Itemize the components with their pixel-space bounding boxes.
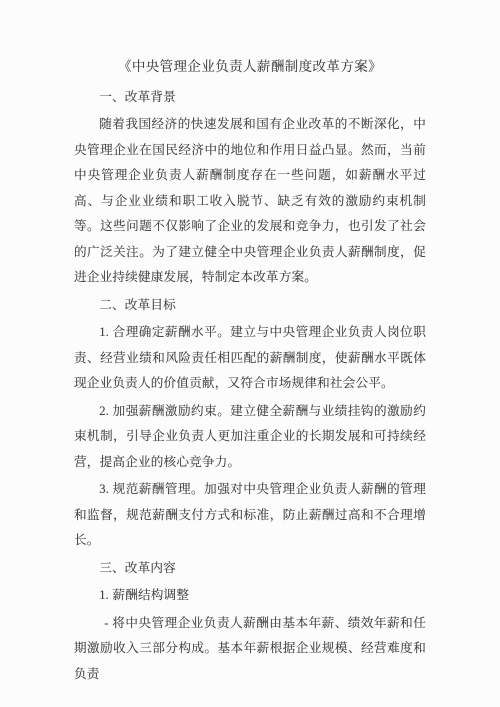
section-heading-reform-content: 三、改革内容 [74, 556, 426, 582]
paragraph-goal-3: 3. 规范薪酬管理。加强对中央管理企业负责人薪酬的管理和监督，规范薪酬支付方式和… [74, 477, 426, 554]
document-title: 《中央管理企业负责人薪酬制度改革方案》 [74, 54, 426, 80]
dash-item-salary-composition: - 将中央管理企业负责人薪酬由基本年薪、绩效年薪和任期激励收入三部分构成。基本年… [74, 611, 426, 688]
document-page: 《中央管理企业负责人薪酬制度改革方案》 一、改革背景 随着我国经济的快速发展和国… [0, 0, 500, 707]
section-heading-reform-goals: 二、改革目标 [74, 293, 426, 319]
paragraph-goal-2: 2. 加强薪酬激励约束。建立健全薪酬与业绩挂钩的激励约束机制，引导企业负责人更加… [74, 399, 426, 476]
sub-heading-salary-structure: 1. 薪酬结构调整 [74, 583, 426, 609]
paragraph-goal-1: 1. 合理确定薪酬水平。建立与中央管理企业负责人岗位职责、经营业绩和风险责任相匹… [74, 320, 426, 397]
section-heading-reform-background: 一、改革背景 [74, 85, 426, 111]
paragraph-background-body: 随着我国经济的快速发展和国有企业改革的不断深化，中央管理企业在国民经济中的地位和… [74, 112, 426, 291]
